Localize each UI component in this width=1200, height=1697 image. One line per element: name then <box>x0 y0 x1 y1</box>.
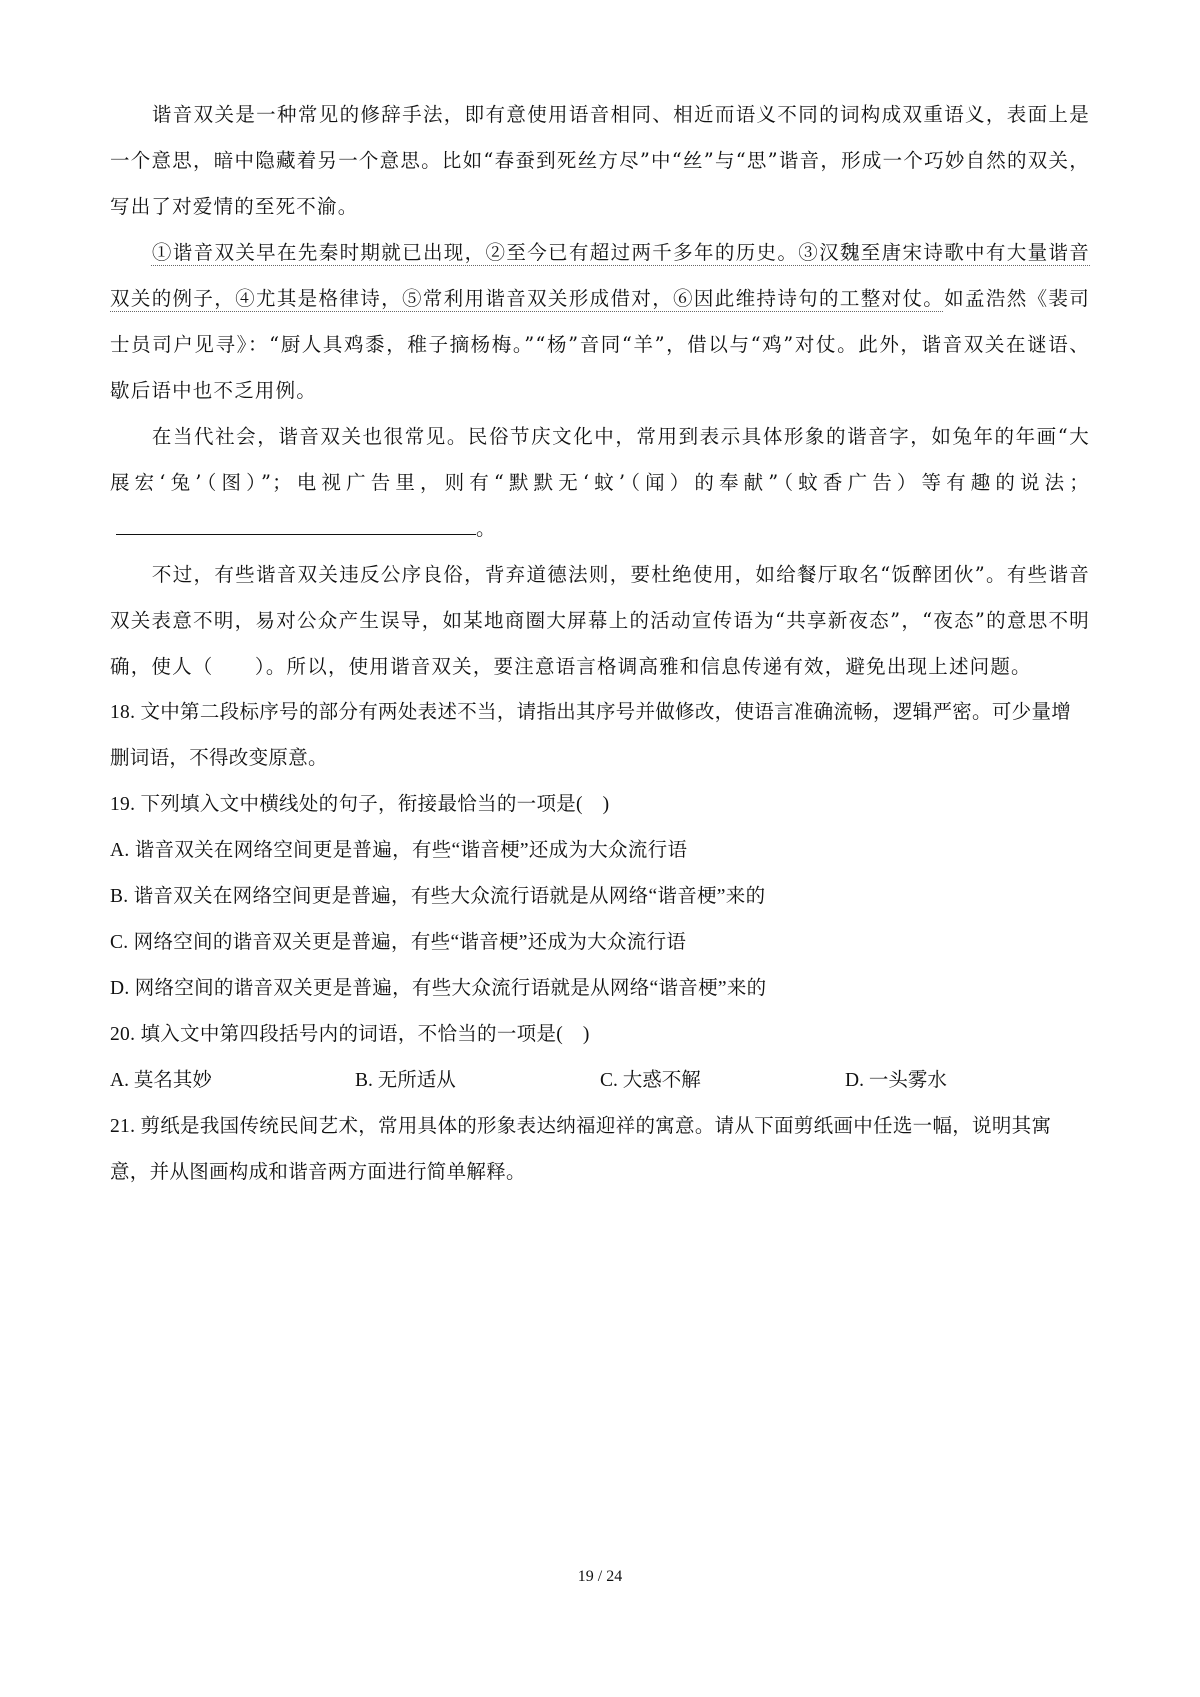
page-number: 19 / 24 <box>0 1568 1200 1586</box>
question-20-option-d: D. 一头雾水 <box>845 1058 1090 1104</box>
paragraph-3-text: 在当代社会，谐音双关也很常见。民俗节庆文化中，常用到表示具体形象的谐音字，如兔年… <box>110 425 1090 494</box>
question-20-option-a: A. 莫名其妙 <box>110 1058 355 1104</box>
question-20-stem: 20. 填入文中第四段括号内的词语，不恰当的一项是( ) <box>110 1012 1090 1058</box>
paragraph-3-end: 。 <box>476 517 497 540</box>
passage-paragraph-1: 谐音双关是一种常见的修辞手法，即有意使用语音相同、相近而语义不同的词构成双重语义… <box>110 92 1090 230</box>
passage-paragraph-4: 不过，有些谐音双关违反公序良俗，背弃道德法则，要杜绝使用，如给餐厅取名“饭醉团伙… <box>110 552 1090 690</box>
question-19-stem: 19. 下列填入文中横线处的句子，衔接最恰当的一项是( ) <box>110 782 1090 828</box>
question-20-option-b: B. 无所适从 <box>355 1058 600 1104</box>
question-18: 18. 文中第二段标序号的部分有两处表述不当，请指出其序号并做修改，使语言准确流… <box>110 690 1090 782</box>
question-20-option-c: C. 大惑不解 <box>600 1058 845 1104</box>
passage-paragraph-2: ①谐音双关早在先秦时期就已出现，②至今已有超过两千多年的历史。③汉魏至唐宋诗歌中… <box>110 230 1090 414</box>
question-19-option-a: A. 谐音双关在网络空间更是普遍，有些“谐音梗”还成为大众流行语 <box>110 828 1090 874</box>
fill-in-blank-line[interactable] <box>116 514 476 535</box>
question-19-option-b: B. 谐音双关在网络空间更是普遍，有些大众流行语就是从网络“谐音梗”来的 <box>110 874 1090 920</box>
paragraph-4-text: 不过，有些谐音双关违反公序良俗，背弃道德法则，要杜绝使用，如给餐厅取名“饭醉团伙… <box>110 563 1090 678</box>
underlined-numbered-sentences: ①谐音双关早在先秦时期就已出现，②至今已有超过两千多年的历史。③汉魏至唐宋诗歌中… <box>110 241 1090 310</box>
question-19-option-c: C. 网络空间的谐音双关更是普遍，有些“谐音梗”还成为大众流行语 <box>110 920 1090 966</box>
question-21: 21. 剪纸是我国传统民间艺术，常用具体的形象表达纳福迎祥的寓意。请从下面剪纸画… <box>110 1104 1090 1196</box>
question-19-option-d: D. 网络空间的谐音双关更是普遍，有些大众流行语就是从网络“谐音梗”来的 <box>110 966 1090 1012</box>
question-20-options: A. 莫名其妙 B. 无所适从 C. 大惑不解 D. 一头雾水 <box>110 1058 1090 1104</box>
document-page: 谐音双关是一种常见的修辞手法，即有意使用语音相同、相近而语义不同的词构成双重语义… <box>110 92 1090 1196</box>
paragraph-1-text: 谐音双关是一种常见的修辞手法，即有意使用语音相同、相近而语义不同的词构成双重语义… <box>110 103 1090 218</box>
passage-paragraph-3: 在当代社会，谐音双关也很常见。民俗节庆文化中，常用到表示具体形象的谐音字，如兔年… <box>110 414 1090 552</box>
